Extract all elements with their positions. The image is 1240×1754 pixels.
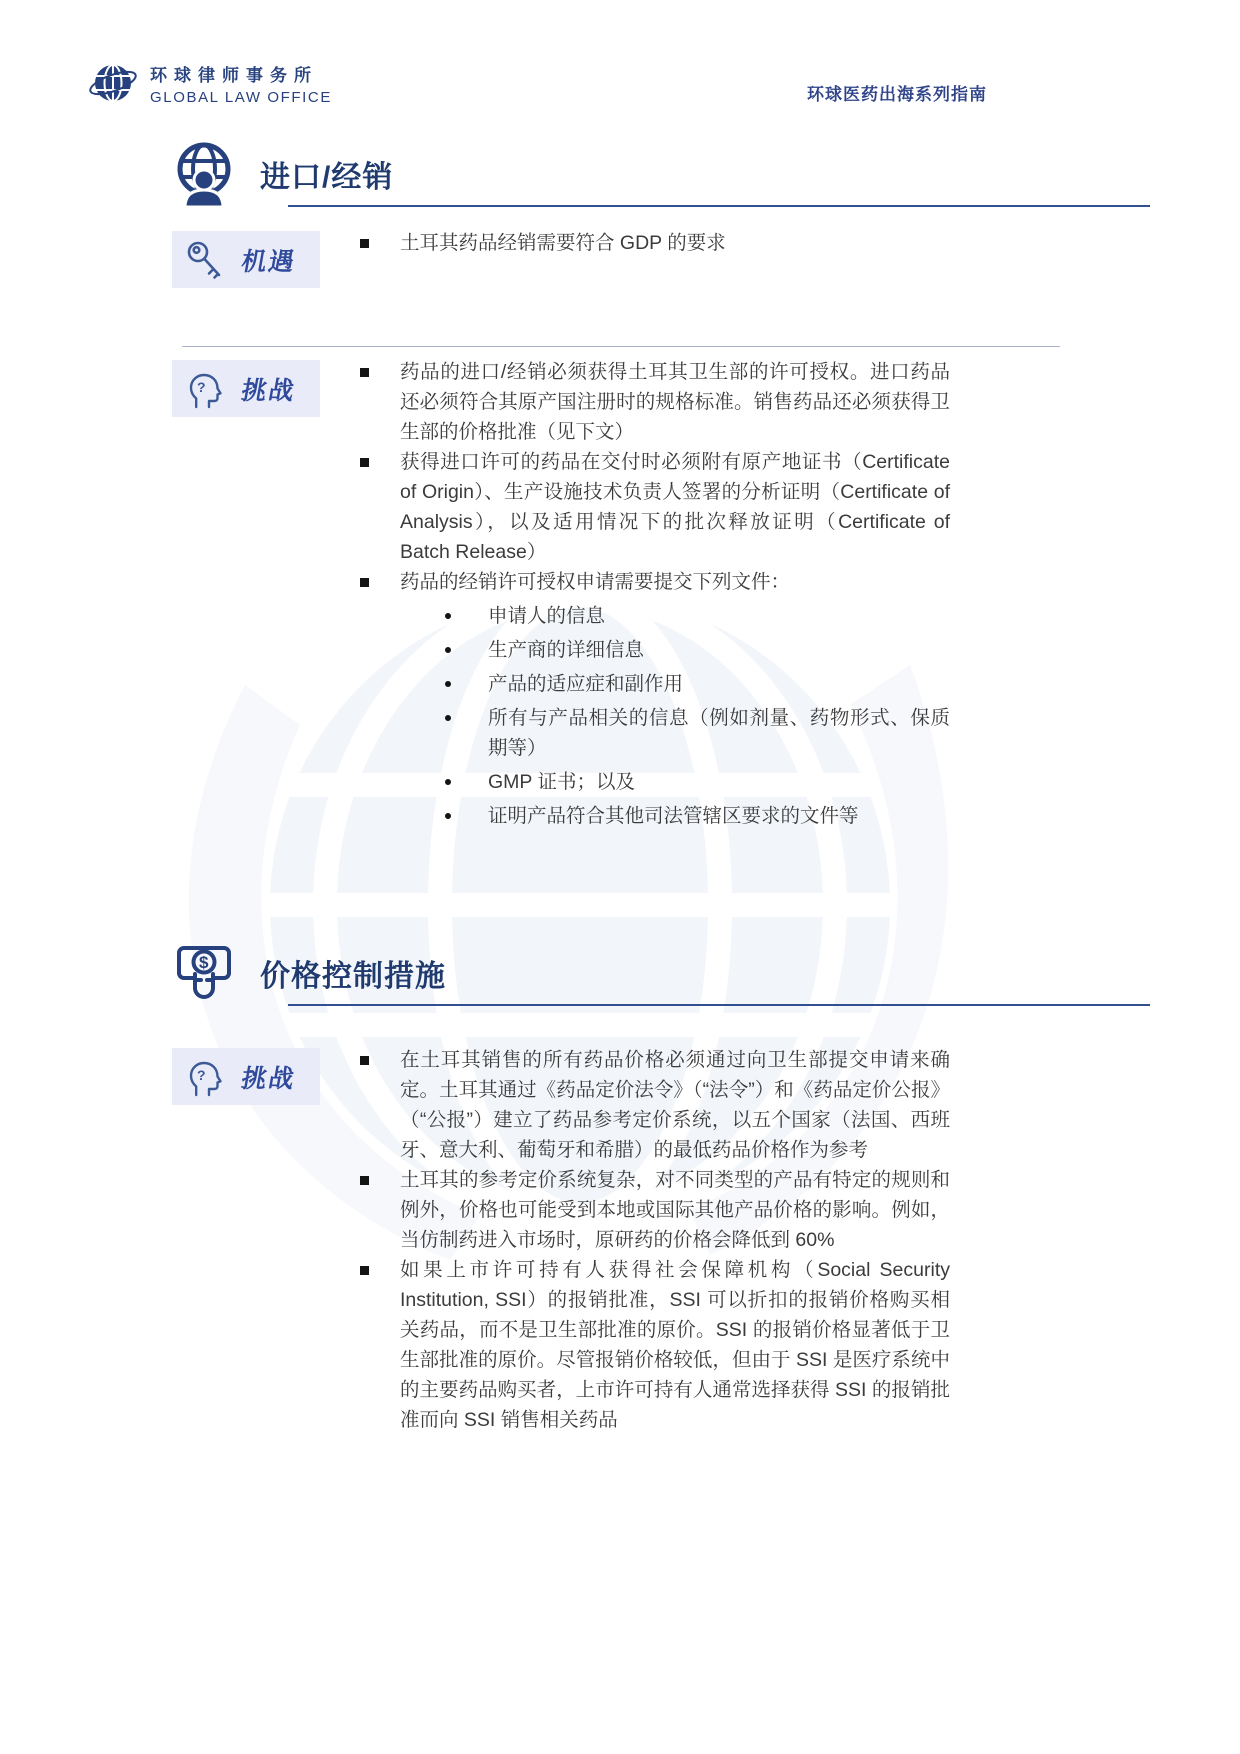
section-price-control-header: $ 价格控制措施 [172, 940, 1150, 1006]
head-question-icon: ? [184, 367, 226, 411]
svg-text:?: ? [197, 1067, 206, 1083]
sub-bullet-text: 申请人的信息 [488, 601, 605, 631]
section-divider [182, 346, 1060, 347]
bullet-text: 获得进口许可的药品在交付时必须附有原产地证书（Certificate of Or… [400, 447, 950, 567]
list-item: 药品的进口/经销必须获得土耳其卫生部的许可授权。进口药品还必须符合其原产国注册时… [358, 357, 950, 447]
document-page: 环球律师事务所 GLOBAL LAW OFFICE 环球医药出海系列指南 进口/… [0, 0, 1240, 1754]
section-title-import-distribution: 进口/经销 [260, 152, 393, 196]
svg-text:?: ? [197, 379, 206, 395]
sub-list-item: 所有与产品相关的信息（例如剂量、药物形式、保质期等） [400, 703, 950, 763]
dot-bullet-icon [445, 813, 451, 819]
square-bullet-icon [360, 1056, 369, 1065]
bullet-text: 药品的经销许可授权申请需要提交下列文件： 申请人的信息 生产商的详细信息 产品的… [400, 567, 950, 835]
dot-bullet-icon [445, 613, 451, 619]
square-bullet-icon [360, 239, 369, 248]
series-title: 环球医药出海系列指南 [807, 80, 987, 105]
logo: 环球律师事务所 GLOBAL LAW OFFICE [88, 58, 332, 108]
list-item: 在土耳其销售的所有药品价格必须通过向卫生部提交申请来确定。土耳其通过《药品定价法… [358, 1045, 950, 1165]
sub-list-item: 证明产品符合其他司法管辖区要求的文件等 [400, 801, 950, 831]
challenge-badge-label: 挑战 [239, 371, 299, 407]
square-bullet-icon [360, 578, 369, 587]
challenge-bullet-list: 药品的进口/经销必须获得土耳其卫生部的许可授权。进口药品还必须符合其原产国注册时… [358, 357, 950, 835]
square-bullet-icon [360, 1266, 369, 1275]
sub-bullet-text: 证明产品符合其他司法管辖区要求的文件等 [488, 801, 859, 831]
list-item: 获得进口许可的药品在交付时必须附有原产地证书（Certificate of Or… [358, 447, 950, 567]
logo-name-en: GLOBAL LAW OFFICE [150, 89, 332, 106]
bullet-text: 药品的进口/经销必须获得土耳其卫生部的许可授权。进口药品还必须符合其原产国注册时… [400, 357, 950, 447]
square-bullet-icon [360, 458, 369, 467]
sub-list-item: 产品的适应症和副作用 [400, 669, 950, 699]
bullet-text-lead: 药品的经销许可授权申请需要提交下列文件： [400, 571, 790, 593]
list-item: 土耳其药品经销需要符合 GDP 的要求 [358, 228, 950, 258]
svg-text:$: $ [199, 953, 209, 972]
dot-bullet-icon [445, 681, 451, 687]
logo-name-cn: 环球律师事务所 [150, 61, 332, 86]
sub-list-item: GMP 证书；以及 [400, 767, 950, 797]
list-item: 药品的经销许可授权申请需要提交下列文件： 申请人的信息 生产商的详细信息 产品的… [358, 567, 950, 835]
dot-bullet-icon [445, 779, 451, 785]
section-import-distribution-header: 进口/经销 [172, 141, 1150, 207]
sub-bullet-text: 产品的适应症和副作用 [488, 669, 683, 699]
price-control-icon: $ [172, 940, 236, 1006]
challenge-badge-label: 挑战 [239, 1059, 299, 1095]
head-question-icon: ? [184, 1055, 226, 1099]
dot-bullet-icon [445, 647, 451, 653]
sub-list-item: 生产商的详细信息 [400, 635, 950, 665]
dot-bullet-icon [445, 715, 451, 721]
opportunity-badge-label: 机遇 [239, 242, 299, 278]
square-bullet-icon [360, 1176, 369, 1185]
bullet-text: 如果上市许可持有人获得社会保障机构（Social Security Instit… [400, 1255, 950, 1435]
challenge-badge: ? 挑战 [172, 1048, 320, 1105]
square-bullet-icon [360, 368, 369, 377]
opportunity-badge: 机遇 [172, 231, 320, 288]
bullet-text: 土耳其的参考定价系统复杂，对不同类型的产品有特定的规则和例外，价格也可能受到本地… [400, 1165, 950, 1255]
opportunity-bullet-list: 土耳其药品经销需要符合 GDP 的要求 [358, 228, 950, 258]
globe-logo-icon [88, 58, 138, 108]
sub-list-item: 申请人的信息 [400, 601, 950, 631]
sub-bullet-text: GMP 证书；以及 [488, 767, 635, 797]
section-title-rule [288, 205, 1150, 207]
bullet-text: 土耳其药品经销需要符合 GDP 的要求 [400, 228, 950, 258]
sub-bullet-text: 所有与产品相关的信息（例如剂量、药物形式、保质期等） [488, 703, 950, 763]
list-item: 土耳其的参考定价系统复杂，对不同类型的产品有特定的规则和例外，价格也可能受到本地… [358, 1165, 950, 1255]
bullet-text: 在土耳其销售的所有药品价格必须通过向卫生部提交申请来确定。土耳其通过《药品定价法… [400, 1045, 950, 1165]
section-title-rule [288, 1004, 1150, 1006]
challenge-bullet-list: 在土耳其销售的所有药品价格必须通过向卫生部提交申请来确定。土耳其通过《药品定价法… [358, 1045, 950, 1435]
section-title-price-control: 价格控制措施 [260, 951, 446, 995]
challenge-badge: ? 挑战 [172, 360, 320, 417]
globe-person-icon [172, 141, 236, 207]
key-icon [184, 238, 226, 282]
sub-bullet-text: 生产商的详细信息 [488, 635, 644, 665]
list-item: 如果上市许可持有人获得社会保障机构（Social Security Instit… [358, 1255, 950, 1435]
